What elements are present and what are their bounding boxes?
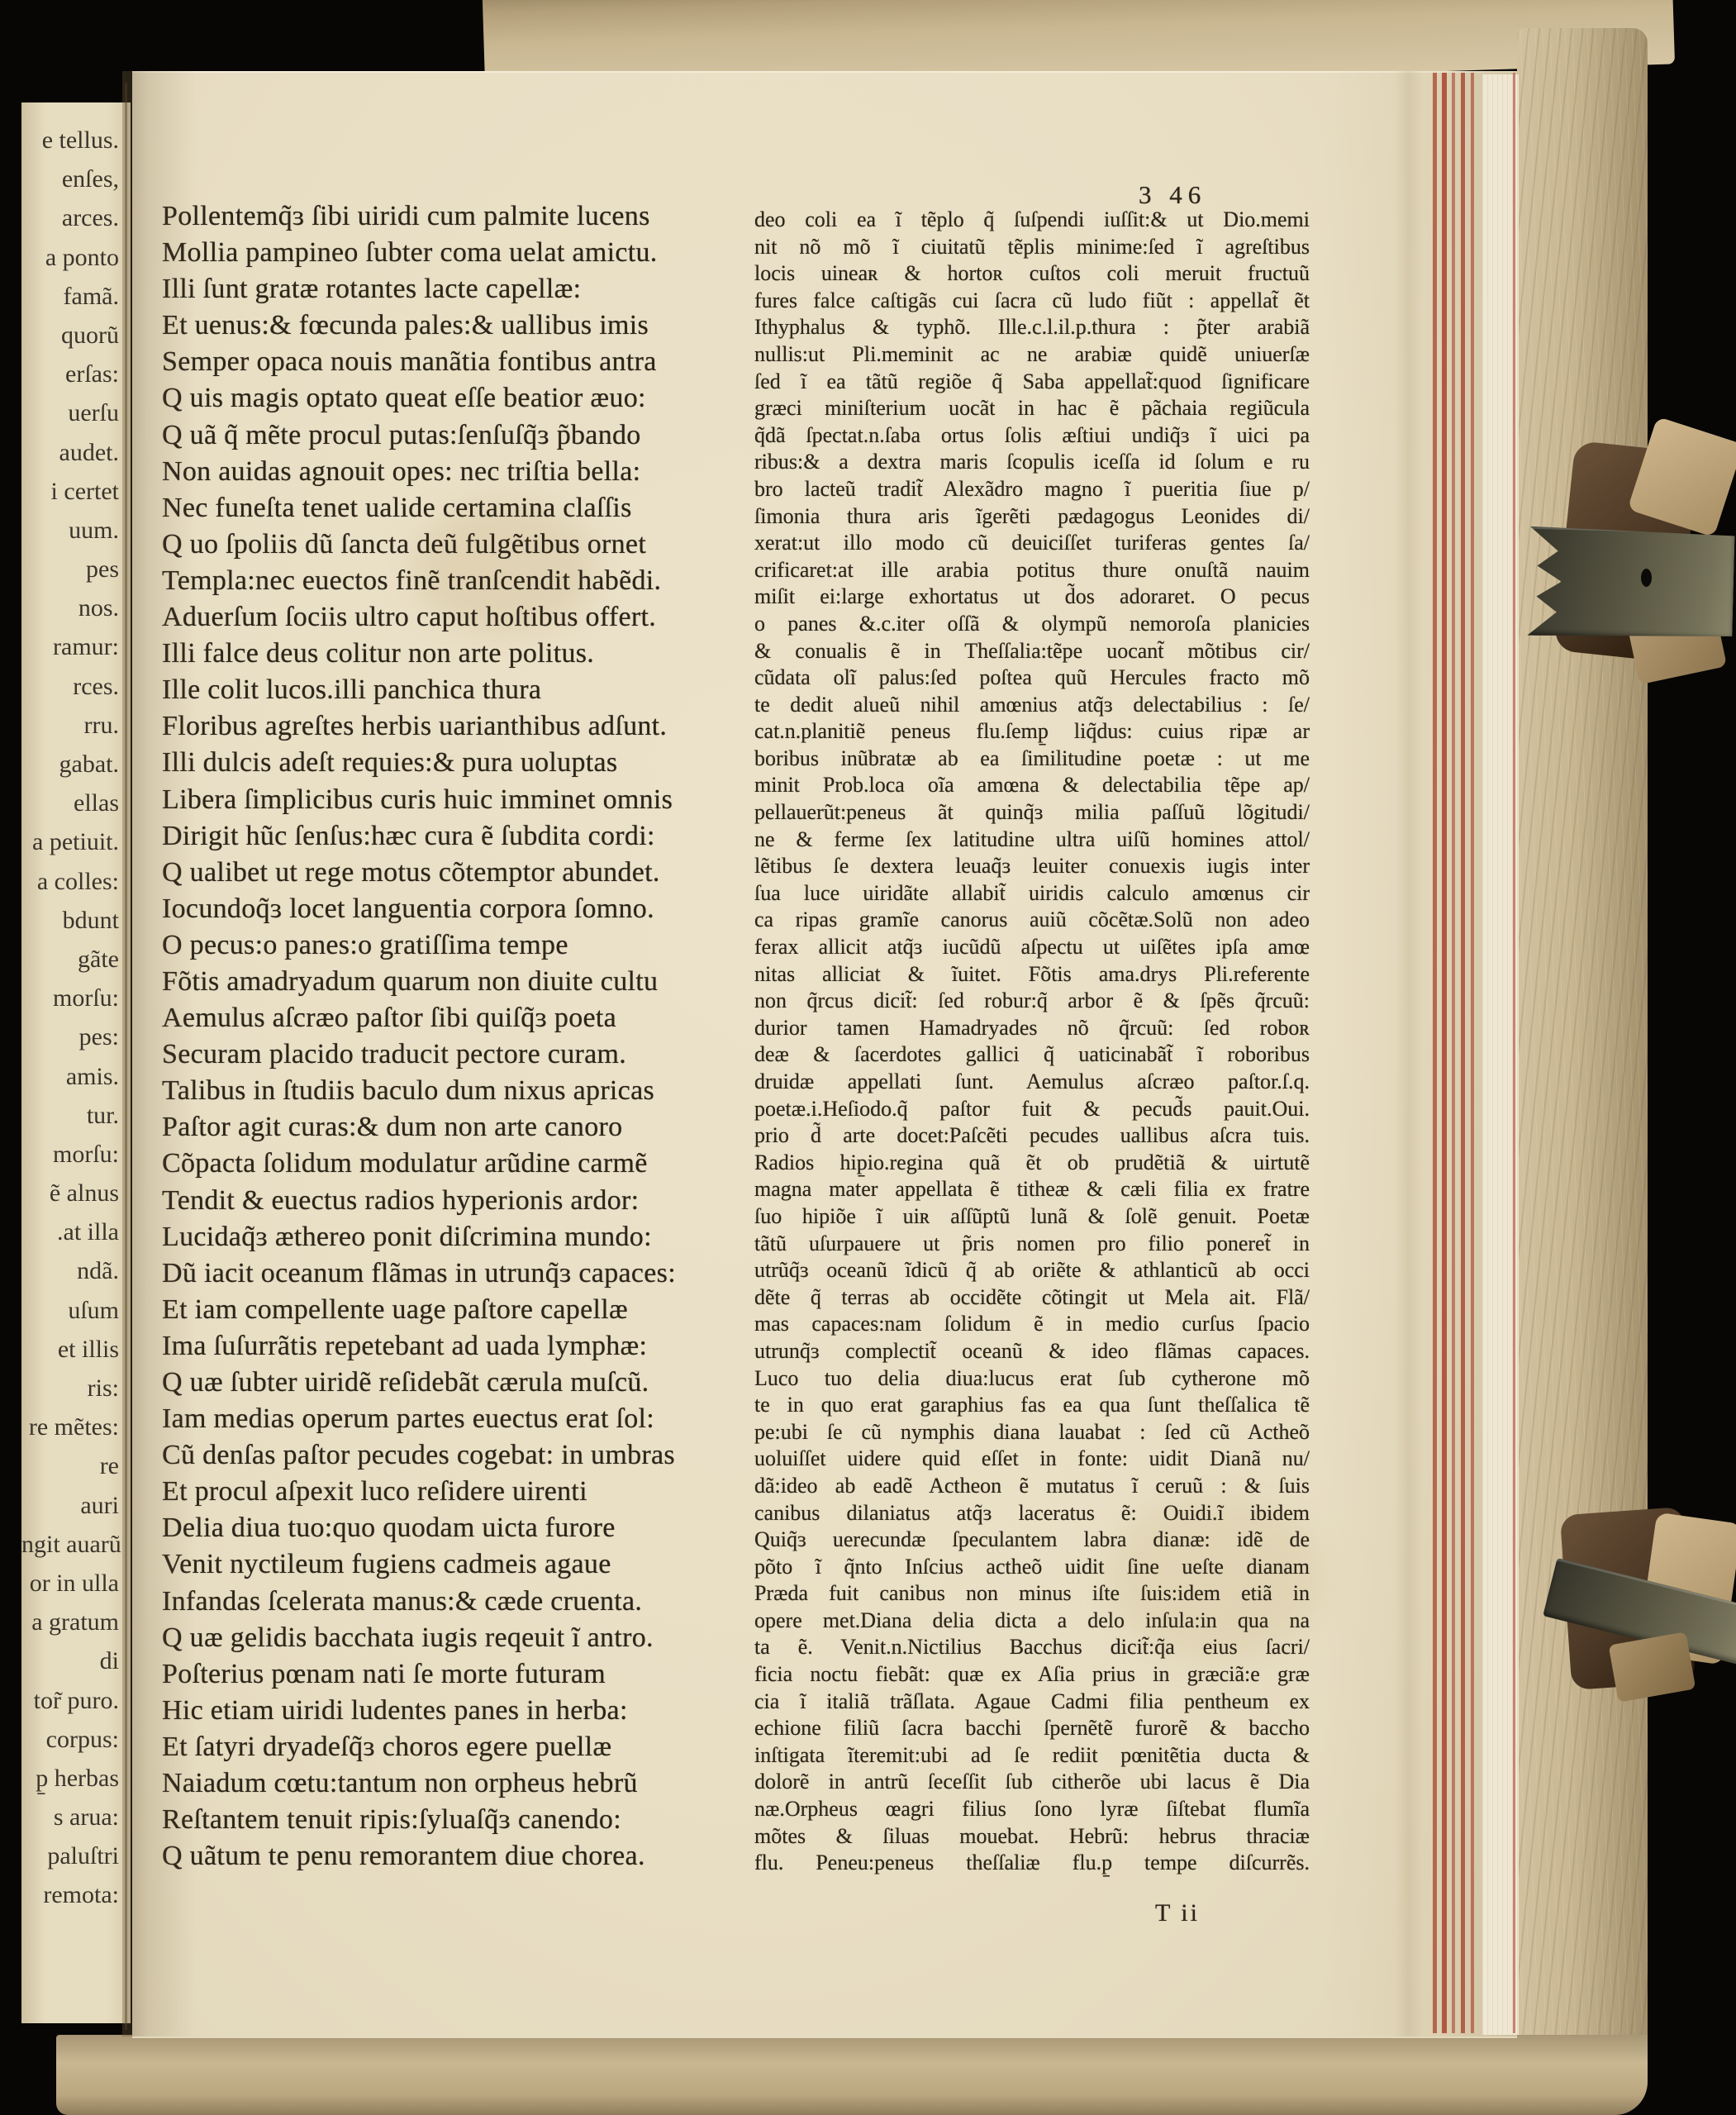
verse-line: Non auidas agnouit opes: nec triſtia bel…: [162, 454, 745, 490]
red-ruling-line: [1452, 73, 1455, 2033]
verse-line: Infandas ſcelerata manus:& cæde cruenta.: [162, 1584, 745, 1620]
facing-page-fragment: et illis: [21, 1330, 119, 1369]
commentary-line: boribus inũbratæ ab ea ſimilitudine poet…: [754, 745, 1310, 773]
verse-line: Tendit & euectus radios hyperionis ardor…: [162, 1183, 745, 1219]
facing-page-fragment: morſu:: [21, 1135, 119, 1174]
verse-line: Iocundoq̃ɜ locet languentia corpora ſomn…: [162, 891, 745, 927]
commentary-line: cat.n.planitiẽ peneus flu.ſemp̱ liq̃dus:…: [754, 718, 1310, 745]
verse-line: Et iam compellente uage paſtore capellæ: [162, 1292, 745, 1328]
verse-line: Cõpacta ſolidum modulatur arũdine carmẽ: [162, 1146, 745, 1182]
verse-line: Illi falce deus colitur non arte politus…: [162, 636, 745, 672]
verse-line: Q uãtum te penu remorantem diue chorea.: [162, 1838, 745, 1874]
commentary-line: ſed ĩ ea tãtũ regiõe q̃ Saba appellat̃:q…: [754, 369, 1310, 396]
red-ruling-line: [1461, 73, 1465, 2033]
verse-line: Floribus agreſtes herbis uarianthibus ad…: [162, 708, 745, 745]
red-ruling-line: [1442, 73, 1447, 2033]
facing-page-fragment: ndã.: [21, 1251, 119, 1290]
facing-page-fragment: ẽ alnus: [21, 1174, 119, 1212]
commentary-line: non q̃rcus dicit̃: ſed robur:q̃ arbor ẽ …: [754, 988, 1310, 1015]
verse-line: Talibus in ſtudiis baculo dum nixus apri…: [162, 1073, 745, 1109]
facing-page-fragment: bdunt: [21, 901, 119, 940]
vellum-cover-bottom-edge: [56, 2035, 1648, 2115]
verse-line: Templa:nec euectos finẽ tranſcendit habẽ…: [162, 563, 745, 599]
commentary-line: te dedit alueũ nihil amœnius atq̃ɜ delec…: [754, 692, 1310, 719]
verse-line: Fõtis amadryadum quarum non diuite cultu: [162, 964, 745, 1000]
facing-page-fragment: quorũ: [21, 316, 119, 355]
commentary-line: deæ & ſacerdotes gallici q̃ uaticinabãt̃…: [754, 1041, 1310, 1069]
commentary-line: dã:ideo ab eadẽ Actheon ẽ mutatus ĩ ceru…: [754, 1473, 1310, 1500]
facing-page-fragment: tur.: [21, 1096, 119, 1135]
facing-page-fragment: i certet: [21, 472, 119, 511]
commentary-line: ſua luce uiridãte allabit̃ uiridis calcu…: [754, 880, 1310, 907]
commentary-line: næ.Orpheus œagri filius ſono lyræ ſiſteb…: [754, 1796, 1310, 1823]
commentary-line: Præda fuit canibus non minus iſte ſuis:i…: [754, 1580, 1310, 1608]
facing-page-fragment: famã.: [21, 277, 119, 316]
commentary-line: flu. Peneu:peneus theſſaliæ flu.p̱ tempe…: [754, 1850, 1310, 1877]
commentary-line: tãtũ uſurpauere ut p̃ris nomen pro filio…: [754, 1231, 1310, 1258]
book-photograph: { "page": { "folio_number": "3 46", "sig…: [0, 0, 1736, 2115]
red-ruling-line: [1471, 73, 1474, 2033]
commentary-line: ſuo hipiõe ĩ uiʀ aſſũptũ lunã & ſolẽ gen…: [754, 1203, 1310, 1231]
facing-page-fragment: tor̃ puro.: [21, 1681, 119, 1720]
verse-line: Et uenus:& fœcunda pales:& uallibus imis: [162, 307, 745, 344]
facing-page-fragment: ris:: [21, 1369, 119, 1408]
facing-page-fragment: pes: [21, 550, 119, 588]
facing-page-fragment: re: [21, 1446, 119, 1485]
gutter-crease-line: [125, 83, 127, 2030]
commentary-line: deo coli ea ĩ tẽplo q̃ ſuſpendi iuſſit:&…: [754, 207, 1310, 234]
verse-line: Q uo ſpoliis dũ ſancta deũ fulgẽtibus or…: [162, 526, 745, 563]
commentary-line: ta ẽ. Venit.n.Nictilius Bacchus dicit̃:q…: [754, 1634, 1310, 1661]
commentary-line: nitas alliciat & ĩuitet. Fõtis ama.drys …: [754, 961, 1310, 988]
verse-line: Q uis magis optato queat eſſe beatior æu…: [162, 380, 745, 417]
facing-page-fragment: rru.: [21, 706, 119, 745]
verse-line: Venit nyctileum fugiens cadmeis agaue: [162, 1546, 745, 1583]
facing-page-fragment: audet.: [21, 433, 119, 472]
facing-page-fragment: a petiuit.: [21, 822, 119, 861]
commentary-line: utrunq̃ɜ complectit̃ oceanũ & ideo flãma…: [754, 1338, 1310, 1365]
red-ruling-line: [1433, 73, 1437, 2033]
facing-page-fragment: or in ulla: [21, 1564, 119, 1603]
verse-line: Pollentemq̃ɜ ſibi uiridi cum palmite luc…: [162, 198, 745, 235]
verse-line: Reſtantem tenuit ripis:ſyluaſq̃ɜ canendo…: [162, 1802, 745, 1838]
facing-page-fragment: p̱ herbas: [21, 1759, 119, 1798]
verse-line: Mollia pampineo ſubter coma uelat amictu…: [162, 235, 745, 271]
commentary-line: cũdata olĩ palus:ſed poſtea quũ Hercules…: [754, 665, 1310, 692]
facing-page-fragment: paluſtri: [21, 1836, 119, 1875]
commentary-line: græci miniſterium uocãt in hac ẽ pãchaia…: [754, 395, 1310, 422]
verse-line: Dirigit hũc ſenſus:hæc cura ẽ ſubdita co…: [162, 818, 745, 855]
facing-page-fragment: gãte: [21, 940, 119, 979]
verse-line: Nec funeſta tenet ualide certamina claſſ…: [162, 490, 745, 526]
commentary-line: mõtes & ſiluas mouebat. Hebrũ: hebrus th…: [754, 1823, 1310, 1851]
commentary-line: durior tamen Hamadryades nõ q̃rcuũ: ſed …: [754, 1015, 1310, 1042]
facing-page-text-fragments: e tellus.enſes,arces.a pontofamã.quorũer…: [21, 121, 119, 1915]
facing-page-fragment: pes:: [21, 1017, 119, 1056]
commentary-line: põto ĩ q̃nto Inſcius actheõ uidit ſine u…: [754, 1554, 1310, 1581]
commentary-line: crificaret:at ille arabia potitus thure …: [754, 557, 1310, 584]
verse-line: Paſtor agit curas:& dum non arte canoro: [162, 1109, 745, 1146]
commentary-line: Ithyphalus & typhõ. Ille.c.l.il.p.thura …: [754, 314, 1310, 341]
facing-page-curled-edge: e tellus.enſes,arces.a pontofamã.quorũer…: [21, 102, 131, 2023]
facing-page-fragment: morſu:: [21, 979, 119, 1017]
facing-page-fragment: re mẽtes:: [21, 1408, 119, 1446]
commentary-line: ne & ferme ſex latitudine ultra uiſũ hom…: [754, 826, 1310, 854]
commentary-line: opere met.Diana delia dicta a delo inſul…: [754, 1608, 1310, 1635]
verse-line: Ille colit lucos.illi panchica thura: [162, 672, 745, 708]
commentary-line: utrũq̃ɜ oceanũ ĩdicũ q̃ ab oriẽte & athl…: [754, 1257, 1310, 1284]
vellum-wrinkle-texture: [1517, 28, 1648, 2076]
commentary-text-column: deo coli ea ĩ tẽplo q̃ ſuſpendi iuſſit:&…: [754, 207, 1310, 1877]
verse-line: Q uæ ſubter uiridẽ reſidebãt cærula muſc…: [162, 1365, 745, 1401]
verse-line: Aemulus aſcræo paſtor ſibi quiſq̃ɜ poeta: [162, 1000, 745, 1036]
commentary-line: cia ĩ italiã trãſlata. Agaue Cadmi filia…: [754, 1689, 1310, 1716]
facing-page-fragment: amis.: [21, 1057, 119, 1096]
commentary-line: ferax allicit atq̃ɜ iucũdũ aſpectu ut ui…: [754, 934, 1310, 961]
verse-line: Securam placido traducit pectore curam.: [162, 1036, 745, 1073]
commentary-line: o panes &.c.iter oſſã & olympũ nemoroſa …: [754, 611, 1310, 638]
commentary-line: ribus:& a dextra maris ſcopulis iceſſa i…: [754, 449, 1310, 476]
commentary-line: pellauerũt:peneus ãt quinq̃ɜ milia paſſu…: [754, 799, 1310, 826]
facing-page-fragment: arces.: [21, 198, 119, 237]
verse-line: Poſterius pœnam nati ſe morte futuram: [162, 1656, 745, 1693]
commentary-line: q̃dã ſpectat.n.ſaba ortus ſolis æſtiui u…: [754, 422, 1310, 450]
commentary-line: lẽtibus ſe dextera leuaq̃ɜ leuiter conue…: [754, 853, 1310, 880]
upper-clasp-hole: [1641, 569, 1652, 587]
facing-page-fragment: gabat.: [21, 745, 119, 784]
verse-line: Q ualibet ut rege motus cõtemptor abunde…: [162, 855, 745, 891]
commentary-line: inſtigata ĩteremit:ubi ad ſe rediit pœni…: [754, 1742, 1310, 1770]
verse-line: Semper opaca nouis manãtia fontibus antr…: [162, 344, 745, 380]
facing-page-fragment: rces.: [21, 667, 119, 706]
facing-page-fragment: erſas:: [21, 355, 119, 393]
commentary-line: ca ripas gramĩe canorus auiũ cõcẽtæ.Solũ…: [754, 907, 1310, 934]
commentary-line: canibus dilaniatus atq̃ɜ laceratus ẽ: Ou…: [754, 1500, 1310, 1527]
commentary-line: xerat:ut illo modo cũ deuiciſſet turifer…: [754, 530, 1310, 557]
facing-page-fragment: ramur:: [21, 627, 119, 666]
verse-line: Hic etiam uiridi ludentes panes in herba…: [162, 1693, 745, 1729]
upper-clasp-brass-catch: [1527, 526, 1734, 641]
verse-line: Illi ſunt gratæ rotantes lacte capellæ:: [162, 271, 745, 307]
facing-page-fragment: di: [21, 1641, 119, 1680]
verse-line: Et procul aſpexit luco reſidere uirenti: [162, 1474, 745, 1510]
commentary-line: magna mater appellata ẽ titheæ & cæli fi…: [754, 1176, 1310, 1203]
facing-page-fragment: auri: [21, 1486, 119, 1525]
facing-page-fragment: a gratum: [21, 1603, 119, 1641]
facing-page-fragment: remota:: [21, 1875, 119, 1914]
vellum-cover-fore-edge: [1517, 28, 1648, 2076]
quire-signature: T ii: [1155, 1899, 1200, 1927]
commentary-line: nit nõ mõ ĩ ciuitatũ tẽplis minime:ſed ĩ…: [754, 234, 1310, 261]
commentary-line: te in quo erat garaphius fas ea qua ſunt…: [754, 1392, 1310, 1419]
facing-page-fragment: uum.: [21, 511, 119, 550]
facing-page-fragment: uerſu: [21, 393, 119, 432]
commentary-line: Radios hip̱io.regina quã ẽt ob prudẽtiã …: [754, 1150, 1310, 1177]
verse-line: O pecus:o panes:o gratiſſima tempe: [162, 927, 745, 964]
commentary-line: mas capaces:nam ſolidum ẽ in medio curſu…: [754, 1311, 1310, 1338]
commentary-line: dolorẽ in antrũ ſeceſſit ſub citherõe ub…: [754, 1769, 1310, 1796]
commentary-line: miſit ei:large exhortatus ut d̃os adorar…: [754, 584, 1310, 611]
commentary-line: Luco tuo delia diua:lucus erat ſub cythe…: [754, 1365, 1310, 1393]
commentary-line: minit Prob.loca oĩa amœna & delectabilia…: [754, 772, 1310, 799]
facing-page-fragment: uſum: [21, 1291, 119, 1330]
verse-line: Naiadum cœtu:tantum non orpheus hebrũ: [162, 1765, 745, 1802]
gutter-shadow: [122, 71, 197, 2036]
commentary-line: pe:ubi ſe cũ nymphis diana lauabat : ſed…: [754, 1419, 1310, 1446]
facing-page-fragment: s arua:: [21, 1798, 119, 1836]
commentary-line: locis uineaʀ & hortoʀ cuſtos coli meruit…: [754, 260, 1310, 288]
verse-line: Delia diua tuo:quo quodam uicta furore: [162, 1510, 745, 1546]
commentary-line: & conualis ẽ in Theſſalia:tẽpe uocant̃ m…: [754, 638, 1310, 665]
commentary-line: prio d̃ arte docet:Paſcẽti pecudes ualli…: [754, 1122, 1310, 1150]
commentary-line: nullis:ut Pli.meminit ac ne arabiæ quidẽ…: [754, 341, 1310, 369]
commentary-line: uoluiſſet uidere quid eſſet in fonte: ui…: [754, 1446, 1310, 1473]
facing-page-fragment: e tellus.: [21, 121, 119, 160]
verse-line: Libera ſimplicibus curis huic imminet om…: [162, 782, 745, 818]
facing-page-fragment: enſes,: [21, 160, 119, 198]
commentary-line: echione filiũ ſacra bacchi ſpernẽtẽ furo…: [754, 1715, 1310, 1742]
commentary-line: ſimonia thura aris ĩgerẽti pædagogus Leo…: [754, 503, 1310, 531]
commentary-line: fures falce caſtigãs cui ſacra cũ ludo f…: [754, 288, 1310, 315]
facing-page-fragment: nos.: [21, 588, 119, 627]
facing-page-fragment: .at illa: [21, 1212, 119, 1251]
lower-clasp-strap-end: [1609, 1632, 1696, 1702]
commentary-line: Quiq̃ɜ uerecundæ ſpeculantem labra dianæ…: [754, 1527, 1310, 1554]
verse-line: Cũ denſas paſtor pecudes cogebat: in umb…: [162, 1437, 745, 1474]
verse-line: Q uæ gelidis bacchata iugis reqeuit ĩ an…: [162, 1620, 745, 1656]
verse-text-column: Pollentemq̃ɜ ſibi uiridi cum palmite luc…: [162, 198, 745, 1874]
verse-line: Iam medias operum partes euectus erat ſo…: [162, 1401, 745, 1437]
commentary-line: dẽte q̃ terras ab occidẽte cõtingit ut M…: [754, 1284, 1310, 1312]
verse-line: Q uã q̃ mẽte procul putas:ſenſuſq̃ɜ p̃ba…: [162, 417, 745, 454]
verse-line: Illi dulcis adeſt requies:& pura uolupta…: [162, 745, 745, 781]
facing-page-fragment: a colles:: [21, 862, 119, 901]
facing-page-fragment: a ponto: [21, 238, 119, 277]
facing-page-fragment: ngit auarũ: [21, 1525, 119, 1564]
verse-line: Aduerſum ſociis ultro caput hoſtibus off…: [162, 599, 745, 636]
commentary-line: poetæ.i.Heſiodo.q̃ paſtor fuit & pecud̃s…: [754, 1096, 1310, 1123]
verse-line: Ima ſuſurrãtis repetebant ad uada lymphæ…: [162, 1328, 745, 1365]
facing-page-fragment: ellas: [21, 784, 119, 822]
facing-page-fragment: corpus:: [21, 1720, 119, 1759]
commentary-line: druidæ appellati ſunt. Aemulus aſcræo pa…: [754, 1069, 1310, 1096]
commentary-line: bro lacteũ tradit̃ Alexãdro magno ĩ puer…: [754, 476, 1310, 503]
red-ruling-line: [1513, 73, 1515, 2033]
commentary-line: ficia noctu fiebãt: quæ ex Aſia prius in…: [754, 1661, 1310, 1689]
verse-line: Lucidaq̃ɜ æthereo ponit diſcrimina mundo…: [162, 1219, 745, 1255]
verse-line: Et ſatyri dryadeſq̃ɜ choros egere puellæ: [162, 1729, 745, 1765]
verse-line: Dũ iacit oceanum flãmas in utrunq̃ɜ capa…: [162, 1255, 745, 1292]
folio-page-number: 3 46: [1139, 180, 1206, 210]
